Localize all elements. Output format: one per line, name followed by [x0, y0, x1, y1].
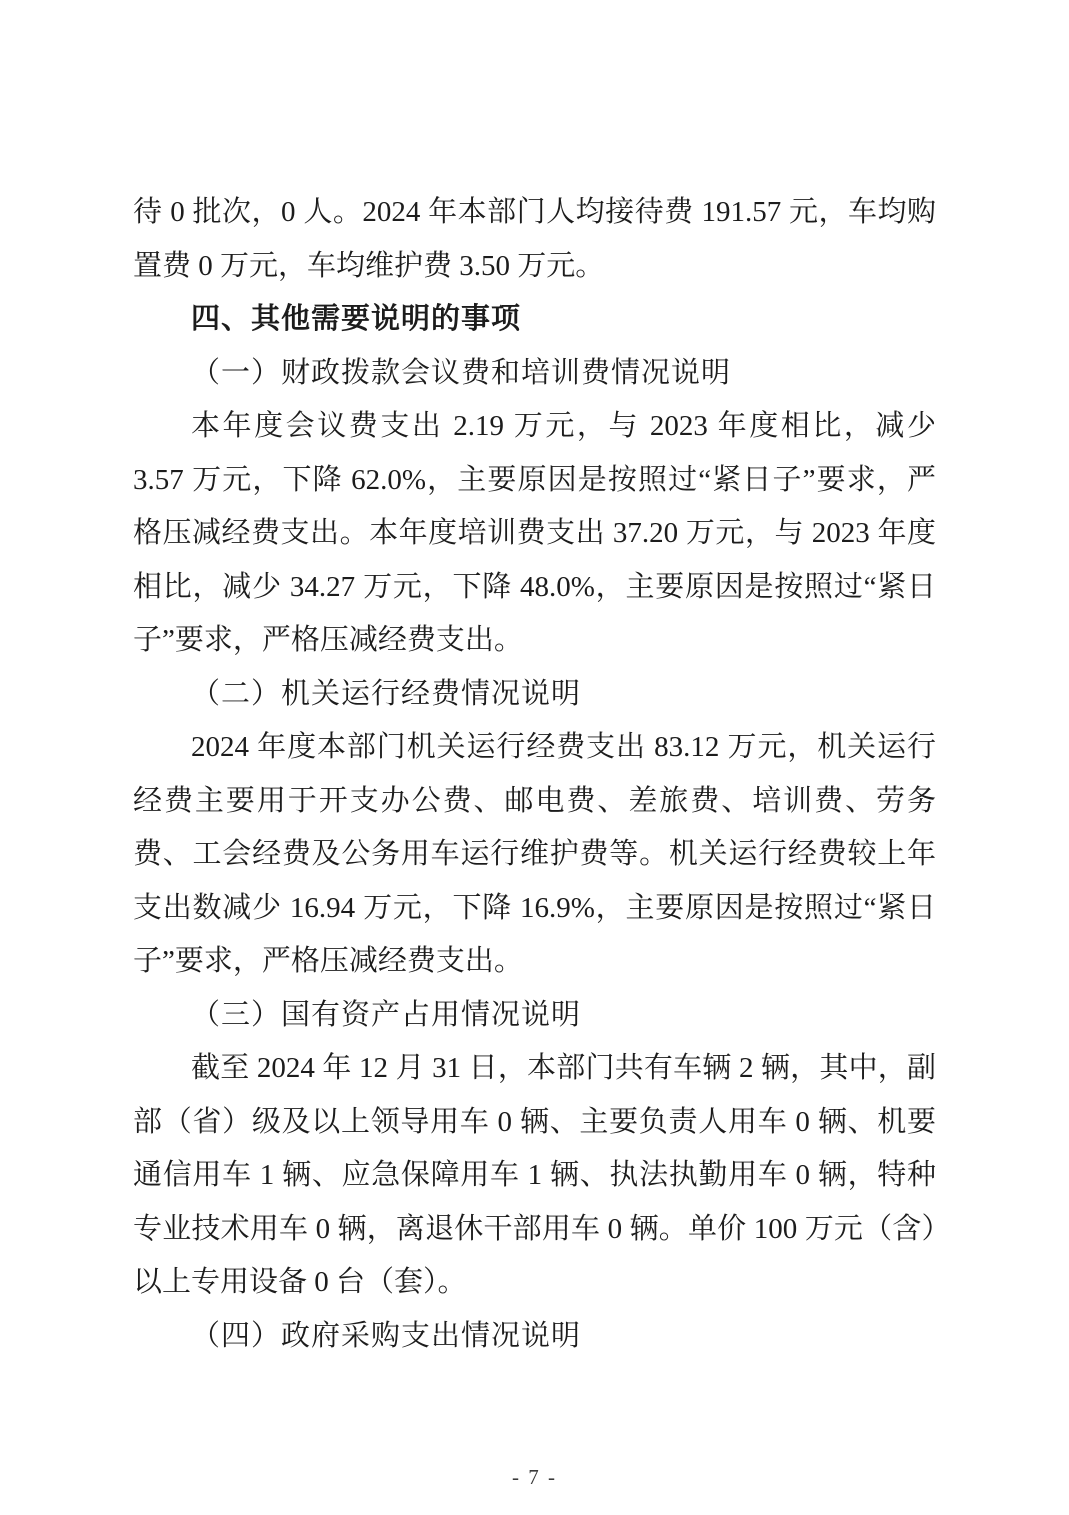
subsection-heading-state-assets: （三）国有资产占用情况说明 [133, 989, 936, 1043]
paragraph-reception-stats: 待 0 批次，0 人。2024 年本部门人均接待费 191.57 元，车均购置费… [133, 186, 936, 293]
subsection-heading-meeting-training-fees: （一）财政拨款会议费和培训费情况说明 [133, 347, 936, 401]
subsection-heading-government-procurement: （四）政府采购支出情况说明 [133, 1310, 936, 1364]
section-heading-other-matters: 四、其他需要说明的事项 [133, 293, 936, 347]
paragraph-meeting-training-fees: 本年度会议费支出 2.19 万元，与 2023 年度相比，减少 3.57 万元，… [133, 400, 936, 668]
paragraph-operating-expenses: 2024 年度本部门机关运行经费支出 83.12 万元，机关运行经费主要用于开支… [133, 721, 936, 989]
document-body: 待 0 批次，0 人。2024 年本部门人均接待费 191.57 元，车均购置费… [133, 186, 936, 1363]
paragraph-state-assets: 截至 2024 年 12 月 31 日，本部门共有车辆 2 辆，其中，副部（省）… [133, 1042, 936, 1310]
document-page: 待 0 批次，0 人。2024 年本部门人均接待费 191.57 元，车均购置费… [0, 0, 1069, 1515]
subsection-heading-operating-expenses: （二）机关运行经费情况说明 [133, 668, 936, 722]
page-number: - 7 - [0, 1465, 1069, 1490]
